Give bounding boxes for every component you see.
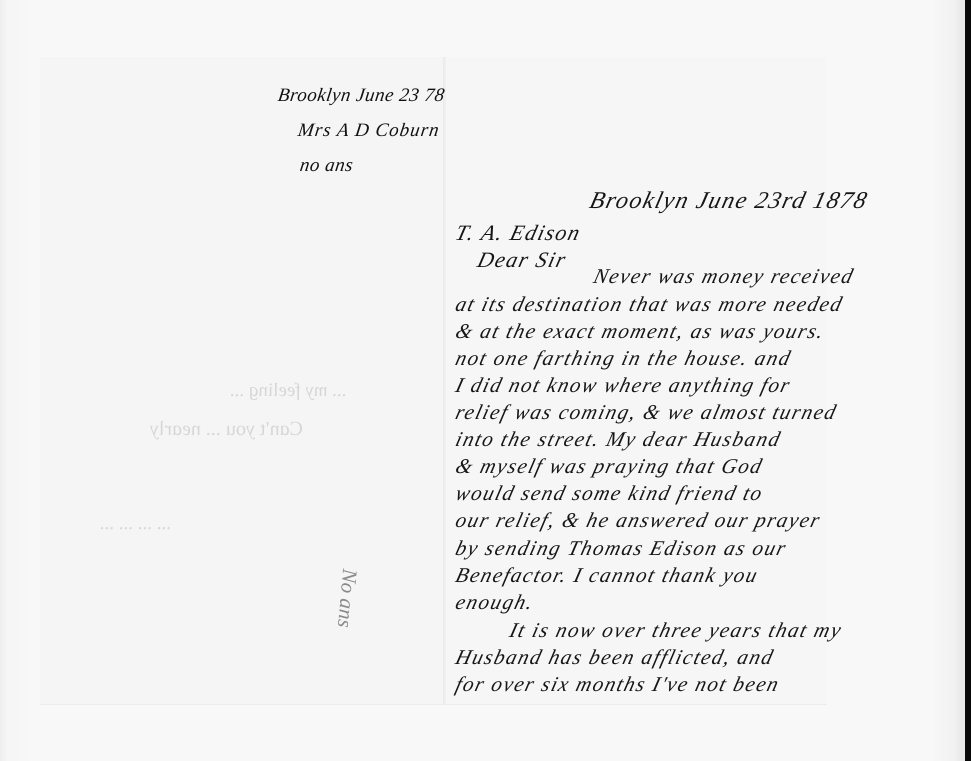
letter-line: Husband has been afflicted, and bbox=[453, 645, 777, 670]
letter-line: Benefactor. I cannot thank you bbox=[453, 563, 761, 588]
bleed-through-text: ... my feeling ... bbox=[228, 380, 348, 402]
docket-place-date: Brooklyn June 23 78 bbox=[276, 85, 446, 107]
letter-line: for over six months I've not been bbox=[453, 672, 783, 697]
letter-line: into the street. My dear Husband bbox=[453, 427, 784, 452]
letter-line: at its destination that was more needed bbox=[453, 292, 846, 317]
bleed-through-text: ... ... ... ... bbox=[98, 513, 173, 535]
letter-line: enough. bbox=[453, 590, 537, 615]
letter-line: & at the exact moment, as was yours. bbox=[453, 319, 828, 344]
letter-line: I did not know where anything for bbox=[453, 373, 794, 398]
letter-salutation: Dear Sir bbox=[475, 247, 570, 273]
bleed-through-text: Can't you ... nearly bbox=[148, 418, 305, 441]
letter-line: & myself was praying that God bbox=[453, 454, 766, 479]
letter-line: It is now over three years that my bbox=[507, 618, 845, 643]
letter-line: not one farthing in the house. and bbox=[453, 346, 794, 371]
letter-dateline: Brooklyn June 23rd 1878 bbox=[587, 188, 871, 215]
letter-line: Never was money received bbox=[591, 264, 857, 289]
docket-reply-status: no ans bbox=[298, 155, 354, 177]
letter-addressee: T. A. Edison bbox=[453, 220, 584, 246]
docket-sender: Mrs A D Coburn bbox=[296, 120, 441, 142]
letter-line: would send some kind friend to bbox=[453, 481, 766, 506]
letter-line: relief was coming, & we almost turned bbox=[453, 400, 840, 425]
vertical-margin-note: No ans bbox=[332, 568, 362, 629]
letter-line: by sending Thomas Edison as our bbox=[453, 536, 790, 561]
scanner-edge bbox=[965, 0, 971, 761]
letter-line: our relief, & he answered our prayer bbox=[453, 508, 824, 533]
